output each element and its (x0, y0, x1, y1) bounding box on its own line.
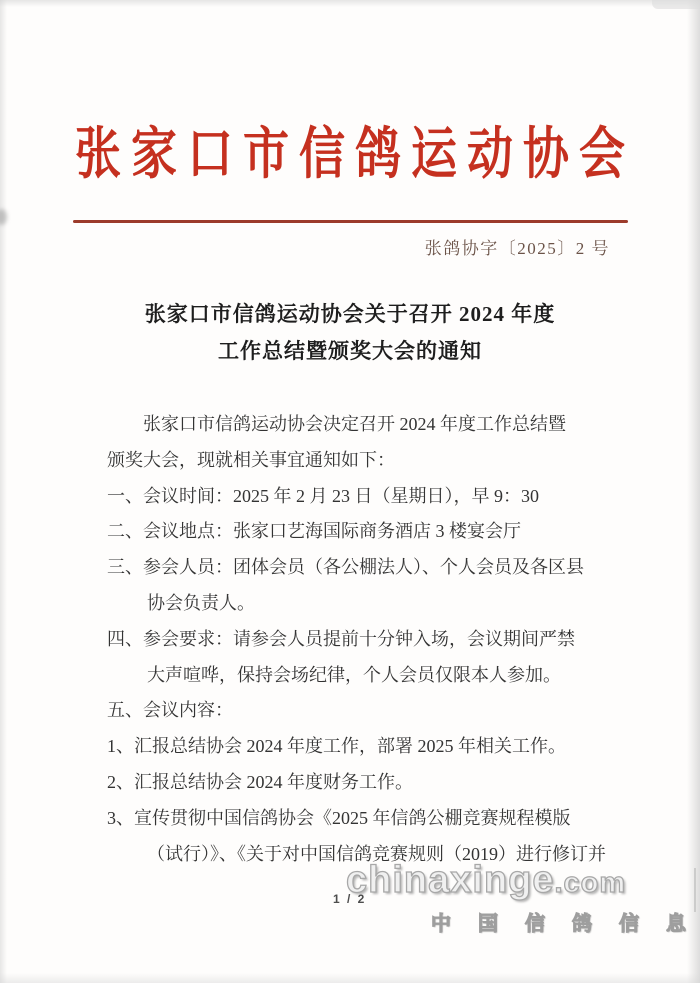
body-line-content-3a: 3、宣传贯彻中国信鸽协会《2025 年信鸽公棚竞赛规程模版 (107, 801, 637, 837)
notice-title: 张家口市信鸽运动协会关于召开 2024 年度 工作总结暨颁奖大会的通知 (0, 296, 700, 370)
letterhead-org-name: 张家口市信鸽运动协会 (0, 110, 700, 191)
body-line-item-5: 五、会议内容： (107, 693, 637, 729)
body-line-item-4b: 大声喧哗，保持会场纪律，个人会员仅限本人参加。 (107, 658, 637, 694)
watermark-domain-tld: .com (555, 867, 627, 899)
document-number: 张鸽协字〔2025〕2 号 (425, 234, 610, 259)
scan-corner-top-right (652, 0, 700, 9)
body-line-content-1: 1、汇报总结协会 2024 年度工作，部署 2025 年相关工作。 (107, 729, 637, 765)
watermark-domain: chinaxinge.com (346, 859, 626, 902)
notice-title-line1: 张家口市信鸽运动协会关于召开 2024 年度 (0, 296, 700, 333)
body-line-intro-1: 张家口市信鸽运动协会决定召开 2024 年度工作总结暨 (107, 407, 637, 443)
watermark-domain-name: chinaxinge (346, 859, 555, 901)
letterhead-rule (73, 220, 628, 223)
body-line-item-4a: 四、参会要求：请参会人员提前十分钟入场，会议期间严禁 (107, 622, 637, 658)
scan-line-right-edge (694, 868, 696, 912)
watermark-site-name: 中 国 信 鸽 信 息 网 (431, 907, 700, 936)
notice-body: 张家口市信鸽运动协会决定召开 2024 年度工作总结暨 颁奖大会，现就相关事宜通… (107, 407, 637, 872)
body-line-content-2: 2、汇报总结协会 2024 年度财务工作。 (107, 765, 637, 801)
scanned-notice-page: 张家口市信鸽运动协会 张鸽协字〔2025〕2 号 张家口市信鸽运动协会关于召开 … (0, 0, 700, 983)
notice-title-line2: 工作总结暨颁奖大会的通知 (0, 333, 700, 370)
body-line-item-3a: 三、参会人员：团体会员（各公棚法人）、个人会员及各区县 (107, 550, 637, 586)
body-line-intro-2: 颁奖大会，现就相关事宜通知如下： (107, 443, 637, 479)
scan-edge-top (0, 0, 700, 7)
scan-edge-bottom (0, 973, 700, 983)
body-line-item-1: 一、会议时间：2025 年 2 月 23 日（星期日），早 9：30 (107, 479, 637, 515)
body-line-item-3b: 协会负责人。 (107, 586, 637, 622)
scan-smudge-left-margin (0, 209, 7, 225)
body-line-item-2: 二、会议地点：张家口艺海国际商务酒店 3 楼宴会厅 (107, 514, 637, 550)
